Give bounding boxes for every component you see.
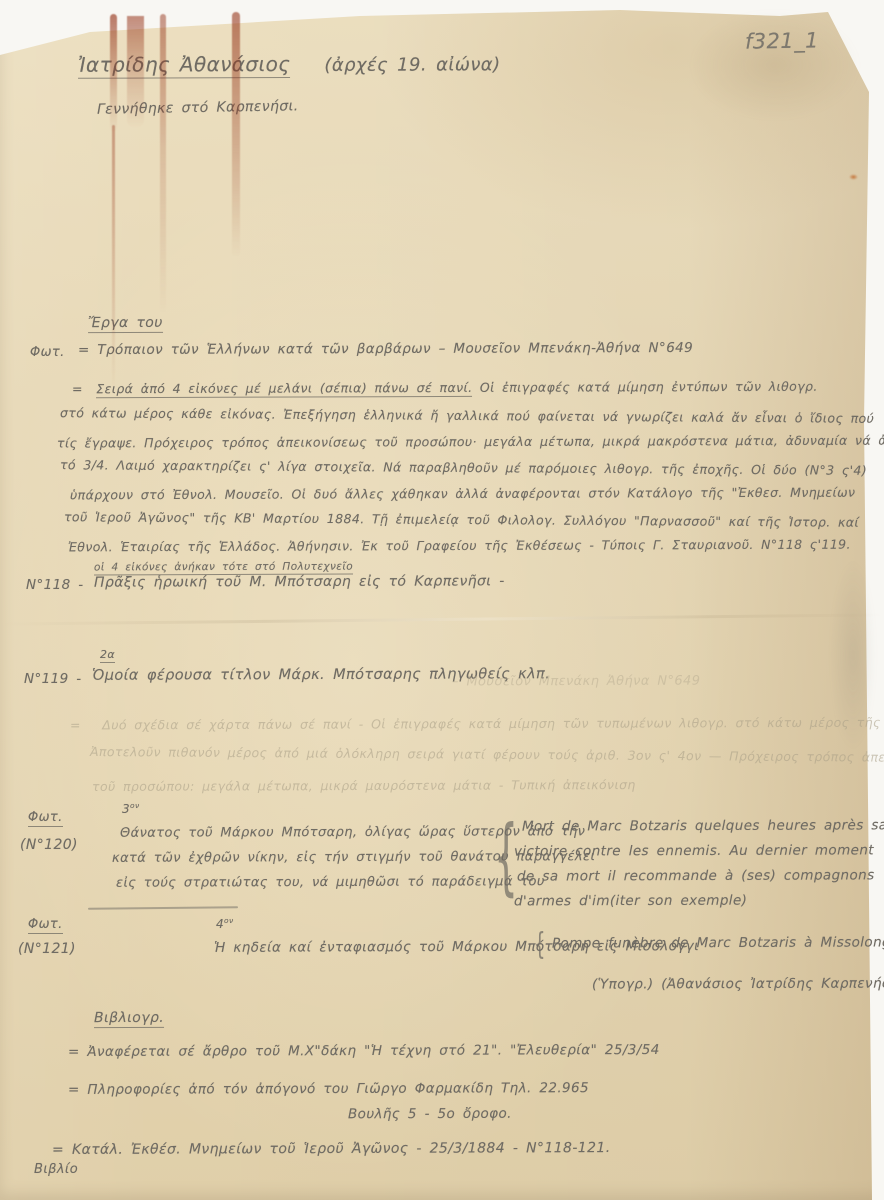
n120-greek-line-2: εἰς τούς στρατιώτας του, νά μιμηθῶσι τό … [116,874,545,892]
bibliography-heading: Βιβλιογρ. [94,1010,164,1028]
ordinal-n120: 3ον [122,801,140,817]
ink-stain-5 [112,125,115,390]
margin-label-n119: Ν°119 - [24,671,82,688]
biblio-item-3: = Κατάλ. Ἐκθέσ. Μνημείων τοῦ Ἱεροῦ Ἀγῶνο… [52,1140,611,1159]
ink-stain-1 [110,14,117,132]
ordinal-n121: 4ον [216,916,234,932]
number-n121: (Ν°121) [18,941,76,959]
erased-line-0-text: Δυό σχέδια σέ χάρτα πάνω σέ πανί - Οἱ ἐπ… [102,714,884,732]
ordinal-n121-base: 4 [216,917,224,931]
ink-stain-4 [232,12,240,257]
scanned-manuscript-page: f321_1 Ἰατρίδης Ἀθανάσιος(ἀρχές 19. αἰών… [0,0,884,1200]
biblio-item-0: = Ἀναφέρεται σέ ἄρθρο τοῦ Μ.Χ"δάκη "Ἡ τέ… [68,1042,660,1061]
series-line-2: τίς ἔγραψε. Πρόχειρος τρόπος ἀπεικονίσεω… [57,432,884,451]
works-heading: Ἔργα του [88,315,163,333]
series-line-0: = Σειρά ἀπό 4 εἰκόνες μέ μελάνι (σέπια) … [72,379,818,397]
entry-trophy-line: = Τρόπαιον τῶν Ἑλλήνων κατά τῶν βαρβάρων… [78,340,693,359]
biblio-item-1: = Πληροφορίες ἀπό τόν ἀπόγονό του Γιῶργο… [68,1080,589,1099]
title-suffix: (ἀρχές 19. αἰώνα) [324,54,500,76]
series-lead-underlined: Σειρά ἀπό 4 εἰκόνες μέ μελάνι (σέπια) πά… [96,380,472,398]
photo-label-n121-text: Φωτ. [28,917,63,934]
series-line-4: ὑπάρχουν στό Ἐθνολ. Μουσεῖο. Οἱ δυό ἄλλε… [70,485,855,503]
n120-french-line-3: d'armes d'im(iter son exemple) [514,893,747,911]
ordinal-n121-sup: ον [224,916,234,925]
biblio-item-2: Βουλῆς 5 - 5ο ὄροφο. [348,1106,512,1123]
photo-label-n120: Φωτ. [28,810,63,826]
n120-french-line-2: de sa mort il recommande à (ses) compagn… [517,867,875,885]
equals-sign: = [72,381,83,396]
ordinal-n120-sup: ον [130,801,140,810]
series-line-6: Ἐθνολ. Ἑταιρίας τῆς Ἑλλάδος. Ἀθήνησιν. Ἐ… [68,537,851,555]
ink-stain-2 [127,16,144,128]
erased-remnant-n119: – Μουσεῖον Μπενάκη Ἀθήνα Ν°649 [452,674,700,691]
n121-french: Pompe funèbre de Marc Botzaris à Missolo… [552,934,884,952]
n120-french-line-0: Mort de Marc Botzaris quelques heures ap… [522,817,884,835]
ordinal-n120-base: 3 [122,802,130,816]
photo-label-n120-text: Φωτ. [28,810,63,827]
works-heading-text: Ἔργα του [88,315,163,333]
interline-note: οἱ 4 εἰκόνες ἀνήκαν τότε στό Πολυτεχνεῖο [94,561,353,575]
column-brace-n121: { [534,930,545,960]
series-line-0-rest: Οἱ ἐπιγραφές κατά μίμηση ἐντύπων τῶν λιθ… [480,379,818,395]
erased-equals: = [70,717,81,732]
number-n120: (Ν°120) [20,837,78,855]
entry-n118: Πρᾶξις ἡρωική τοῦ Μ. Μπότσαρη εἰς τό Καρ… [94,573,505,592]
rust-spot [849,174,858,180]
biblio-item-4: Βιβλίο [34,1162,78,1178]
photo-label-1: Φωτ. [30,345,65,361]
ink-stain-3 [160,14,166,314]
margin-label-n118: Ν°118 - [26,577,84,594]
photo-label-n121: Φωτ. [28,917,63,933]
n119-ordinal-text: 2α [100,648,115,663]
n121-signature: (Ὑπογρ.) (Ἀθανάσιος Ἰατρίδης Καρπενήσιος… [592,975,884,993]
bibliography-heading-text: Βιβλιογρ. [94,1010,164,1028]
folio-number: f321_1 [745,27,819,55]
n120-french-line-1: victoire contre les ennemis. Au dernier … [514,842,874,860]
erased-line-2: τοῦ προσώπου: μεγάλα μέτωπα, μικρά μαυρό… [92,777,636,795]
n119-ordinal: 2α [100,648,115,662]
erased-line-0: = Δυό σχέδια σέ χάρτα πάνω σέ πανί - Οἱ … [70,714,884,733]
